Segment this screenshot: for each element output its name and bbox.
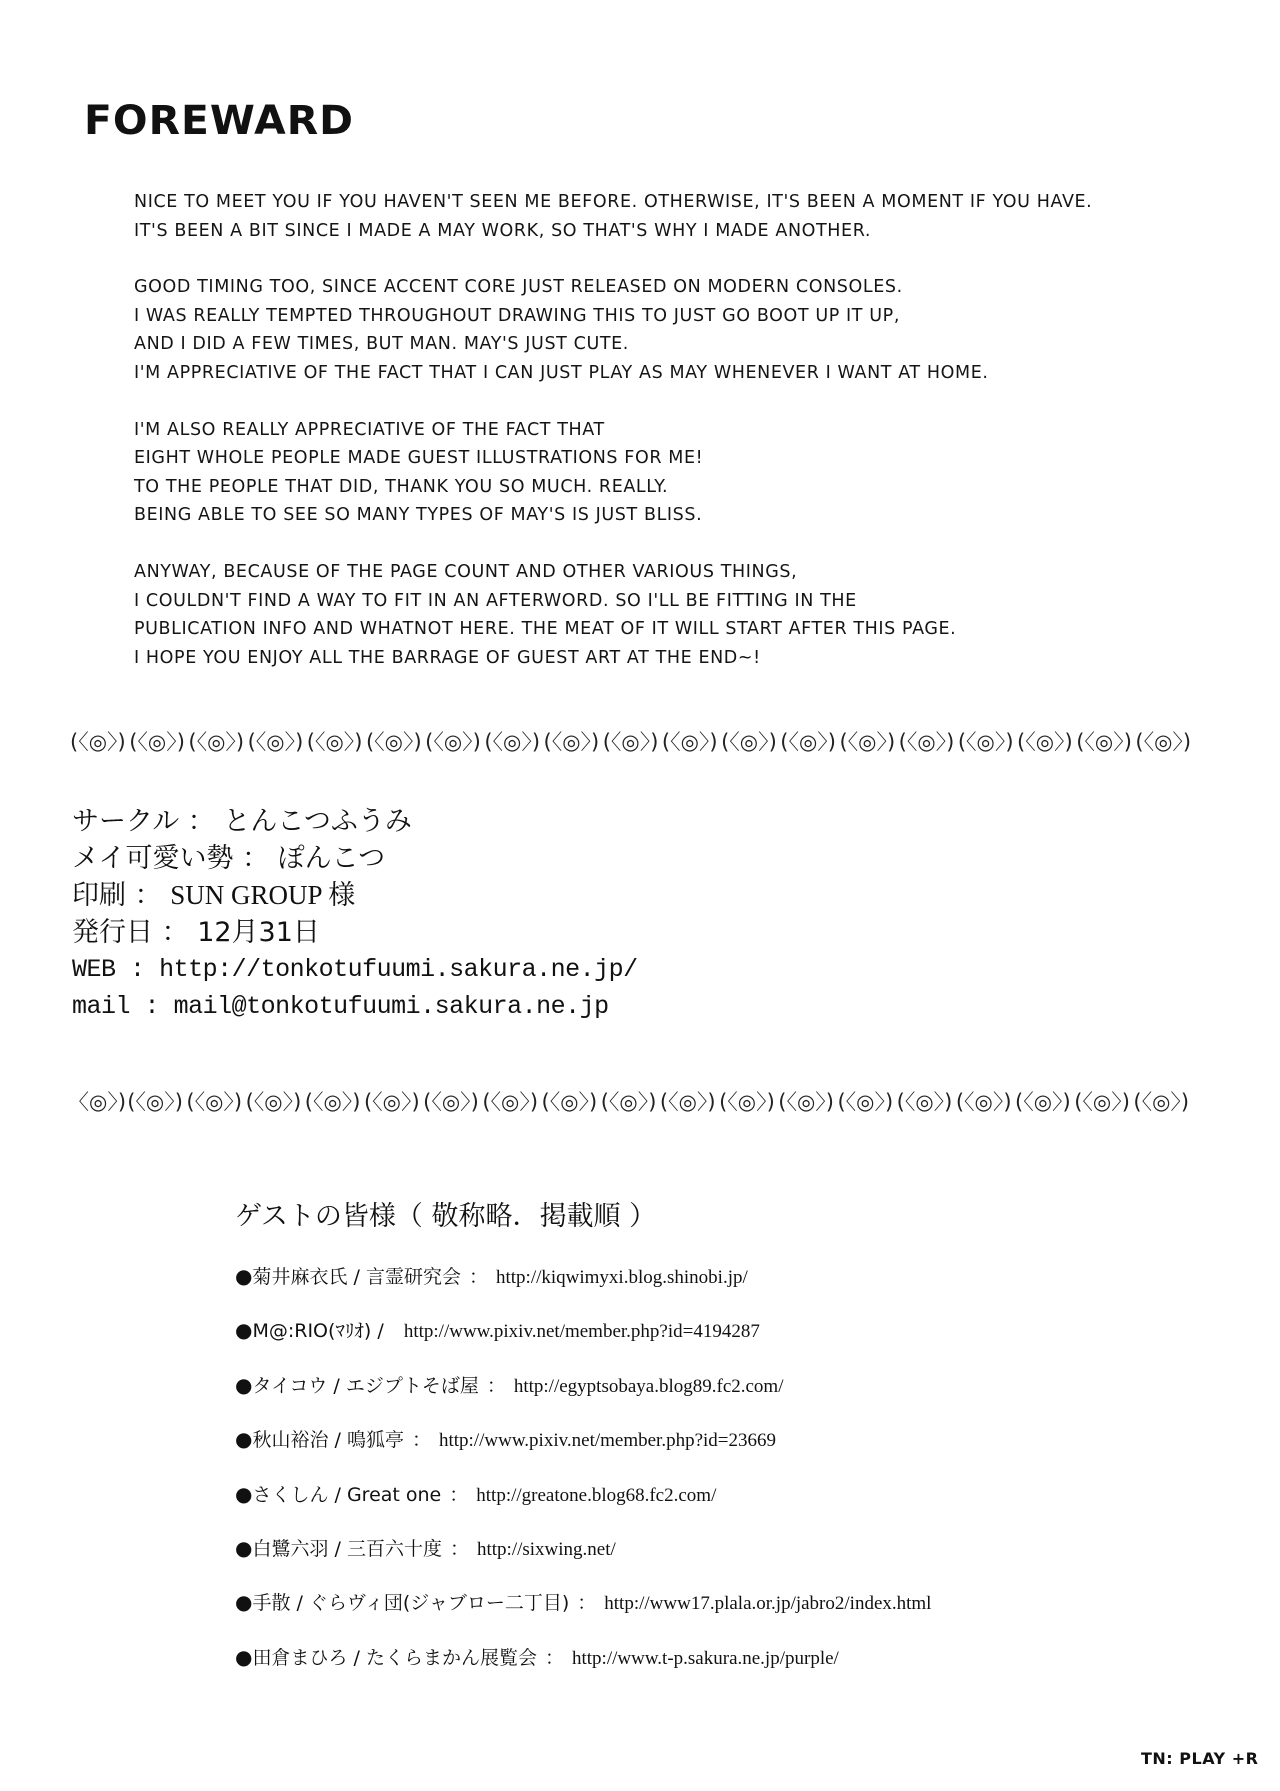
colon-separator: ： [449,1484,468,1506]
mail-link[interactable]: mail@tonkotufuumi.sakura.ne.jp [174,992,609,1021]
text-line: It's been a bit since I made a May work,… [134,217,1194,246]
text-line: Being able to see so many types of May's… [134,501,1194,530]
guest-item: ●田倉まひろ / たくらまかん展覧会：http://www.t-p.sakura… [235,1642,931,1696]
text-line: I'm also really appreciative of the fact… [134,416,1194,445]
text-line: I'm appreciative of the fact that I can … [134,359,1194,388]
info-printer: 印刷 ： SUN GROUP 様 [72,877,638,914]
guest-item: ●さくしん / Great one：http://greatone.blog68… [235,1479,931,1533]
ornament-glyph: (〈◎〉) [305,1086,364,1116]
ornament-glyph: (〈◎〉) [186,1086,245,1116]
guest-item: ●M@:RIO(ﾏﾘｵ) / http://www.pixiv.net/memb… [235,1315,931,1369]
guest-url-link[interactable]: http://www.t-p.sakura.ne.jp/purple/ [572,1648,839,1669]
ornament-glyph: (〈◎〉) [364,1086,423,1116]
colon-separator: ： [577,1592,596,1614]
info-circle: サークル ： とんこつふうみ [72,803,638,840]
info-value: SUN GROUP 様 [170,880,355,910]
ornament-glyph: (〈◎〉) [897,1086,956,1116]
ornament-glyph: (〈◎〉) [188,726,247,756]
ornament-glyph: (〈◎〉) [544,726,603,756]
guest-name: 白鷺六羽 [252,1538,328,1560]
guest-section: ゲストの皆様（ 敬称略．掲載順 ） ●菊井麻衣氏 / 言霊研究会：http://… [235,1197,931,1696]
ornament-glyph: (〈◎〉) [721,726,780,756]
guest-url-link[interactable]: http://sixwing.net/ [477,1539,616,1560]
text-line: publication info and whatnot here. The m… [134,615,1194,644]
guest-list: ●菊井麻衣氏 / 言霊研究会：http://kiqwimyxi.blog.shi… [235,1261,931,1696]
guest-circle: エジプトそば屋 [346,1375,479,1397]
info-separator: ： [242,843,269,874]
colon-separator: ： [469,1266,488,1288]
guest-url-link[interactable]: http://www17.plala.or.jp/jabro2/index.ht… [604,1593,931,1614]
slash-separator: / [328,1538,346,1560]
foreward-text: Nice to meet you if you haven't seen me … [134,188,1194,700]
ornament-glyph: (〈◎〉) [70,726,129,756]
ornament-glyph: (〈◎〉) [780,726,839,756]
info-author: メイ可愛い勢 ： ぽんこつ [72,840,638,877]
guest-url-link[interactable]: http://greatone.blog68.fc2.com/ [476,1485,716,1506]
guest-name: タイコウ [252,1375,327,1397]
ornament-glyph: (〈◎〉) [129,726,188,756]
ornament-glyph: (〈◎〉) [719,1086,778,1116]
foreward-paragraph-4: Anyway, because of the page count and ot… [134,558,1194,672]
text-line: eight whole people made guest illustrati… [134,444,1194,473]
colon-separator: ： [545,1647,564,1669]
guest-section-title: ゲストの皆様（ 敬称略．掲載順 ） [235,1197,931,1237]
ornament-glyph: (〈◎〉) [1133,1086,1192,1116]
info-label: 発行日 [72,917,153,948]
ornament-glyph: (〈◎〉) [1076,726,1135,756]
bullet-icon: ● [235,1373,252,1397]
colon-separator: ： [412,1429,431,1451]
translator-note: TN: PLAY +R [1141,1749,1258,1768]
slash-separator: / [347,1647,365,1669]
guest-item: ●秋山裕治 / 鳴狐亭：http://www.pixiv.net/member.… [235,1424,931,1478]
ornament-glyph: (〈◎〉) [956,1086,1015,1116]
info-web: WEB : http://tonkotufuumi.sakura.ne.jp/ [72,951,638,988]
ornament-glyph: (〈◎〉) [603,726,662,756]
slash-separator: / [328,1484,346,1506]
ornament-glyph: (〈◎〉) [542,1086,601,1116]
ornament-glyph: (〈◎〉) [837,1086,896,1116]
text-line: Nice to meet you if you haven't seen me … [134,188,1194,217]
ornament-divider-bottom: 〈◎〉)(〈◎〉)(〈◎〉)(〈◎〉)(〈◎〉)(〈◎〉)(〈◎〉)(〈◎〉)(… [68,1086,1208,1116]
slash-separator: / [371,1320,389,1342]
info-date: 発行日 ： 12月31日 [72,914,638,951]
bullet-icon: ● [235,1645,252,1669]
guest-name: 菊井麻衣氏 [252,1266,347,1288]
colon-separator: ： [450,1538,469,1560]
guest-item: ●タイコウ / エジプトそば屋：http://egyptsobaya.blog8… [235,1370,931,1424]
slash-separator: / [328,1429,346,1451]
guest-name: 手散 [252,1592,290,1614]
info-label: サークル [72,806,179,837]
ornament-glyph: (〈◎〉) [246,1086,305,1116]
ornament-glyph: (〈◎〉) [662,726,721,756]
ornament-glyph: (〈◎〉) [778,1086,837,1116]
guest-circle: ぐらヴィ団(ジャブロー二丁目) [309,1592,569,1614]
slash-separator: / [327,1375,345,1397]
guest-item: ●手散 / ぐらヴィ団(ジャブロー二丁目)：http://www17.plala… [235,1587,931,1641]
text-line: I hope you enjoy all the barrage of gues… [134,644,1194,673]
info-separator: : [145,992,160,1021]
guest-item: ●白鷺六羽 / 三百六十度：http://sixwing.net/ [235,1533,931,1587]
foreward-paragraph-1: Nice to meet you if you haven't seen me … [134,188,1194,245]
ornament-glyph: (〈◎〉) [660,1086,719,1116]
ornament-glyph: (〈◎〉) [482,1086,541,1116]
info-separator: ： [162,917,189,948]
ornament-glyph: (〈◎〉) [484,726,543,756]
guest-url-link[interactable]: http://kiqwimyxi.blog.shinobi.jp/ [496,1267,748,1288]
bullet-icon: ● [235,1536,252,1560]
ornament-glyph: (〈◎〉) [1074,1086,1133,1116]
publication-info: サークル ： とんこつふうみ メイ可愛い勢 ： ぽんこつ 印刷 ： SUN GR… [72,803,638,1025]
text-line: I was really tempted throughout drawing … [134,302,1194,331]
ornament-glyph: (〈◎〉) [1015,1086,1074,1116]
ornament-glyph: (〈◎〉) [601,1086,660,1116]
guest-url-link[interactable]: http://egyptsobaya.blog89.fc2.com/ [514,1376,784,1397]
info-value: ぽんこつ [278,843,385,874]
slash-separator: / [290,1592,308,1614]
slash-separator: / [347,1266,365,1288]
foreward-paragraph-2: Good timing too, since Accent Core just … [134,273,1194,387]
bullet-icon: ● [235,1264,252,1288]
guest-circle: 鳴狐亭 [347,1429,404,1451]
text-line: and I did a few times, but man. May's ju… [134,330,1194,359]
info-label: 印刷 [72,880,126,911]
ornament-glyph: (〈◎〉) [1135,726,1194,756]
guest-url-link[interactable]: http://www.pixiv.net/member.php?id=41942… [404,1321,760,1342]
bullet-icon: ● [235,1427,252,1451]
text-line: I couldn't find a way to fit in an after… [134,587,1194,616]
info-separator: : [130,955,145,984]
ornament-glyph: (〈◎〉) [839,726,898,756]
guest-name: さくしん [252,1484,328,1506]
info-separator: ： [135,880,162,911]
ornament-glyph: (〈◎〉) [425,726,484,756]
guest-circle: たくらまかん展覧会 [366,1647,537,1669]
foreward-paragraph-3: I'm also really appreciative of the fact… [134,416,1194,530]
bullet-icon: ● [235,1318,252,1342]
text-line: To the people that did, thank you so muc… [134,473,1194,502]
guest-circle: Great one [347,1484,441,1506]
ornament-glyph: (〈◎〉) [248,726,307,756]
guest-item: ●菊井麻衣氏 / 言霊研究会：http://kiqwimyxi.blog.shi… [235,1261,931,1315]
info-label: mail [72,992,130,1021]
text-line: Good timing too, since Accent Core just … [134,273,1194,302]
ornament-glyph: (〈◎〉) [1017,726,1076,756]
guest-name: 秋山裕治 [252,1429,328,1451]
ornament-glyph: (〈◎〉) [307,726,366,756]
info-value: 12月31日 [197,917,320,948]
ornament-glyph: (〈◎〉) [899,726,958,756]
guest-name: 田倉まひろ [252,1647,347,1669]
web-link[interactable]: http://tonkotufuumi.sakura.ne.jp/ [159,955,638,984]
ornament-glyph: (〈◎〉) [958,726,1017,756]
guest-url-link[interactable]: http://www.pixiv.net/member.php?id=23669 [439,1430,776,1451]
page-title: FOREWARD [84,98,354,144]
bullet-icon: ● [235,1482,252,1506]
info-label: WEB [72,955,116,984]
info-label: メイ可愛い勢 [72,843,233,874]
ornament-glyph: (〈◎〉) [127,1086,186,1116]
bullet-icon: ● [235,1590,252,1614]
info-mail: mail : mail@tonkotufuumi.sakura.ne.jp [72,988,638,1025]
colon-separator: ： [487,1375,506,1397]
ornament-glyph: (〈◎〉) [423,1086,482,1116]
guest-circle: 言霊研究会 [366,1266,461,1288]
info-separator: ： [188,806,215,837]
guest-circle: 三百六十度 [347,1538,442,1560]
ornament-glyph: 〈◎〉) [68,1086,127,1116]
guest-name: M@:RIO(ﾏﾘｵ) [252,1320,371,1342]
ornament-glyph: (〈◎〉) [366,726,425,756]
info-value: とんこつふうみ [223,806,411,837]
ornament-divider-top: (〈◎〉)(〈◎〉)(〈◎〉)(〈◎〉)(〈◎〉)(〈◎〉)(〈◎〉)(〈◎〉)… [70,726,1210,756]
text-line: Anyway, because of the page count and ot… [134,558,1194,587]
document-page: FOREWARD Nice to meet you if you haven't… [0,0,1280,1791]
